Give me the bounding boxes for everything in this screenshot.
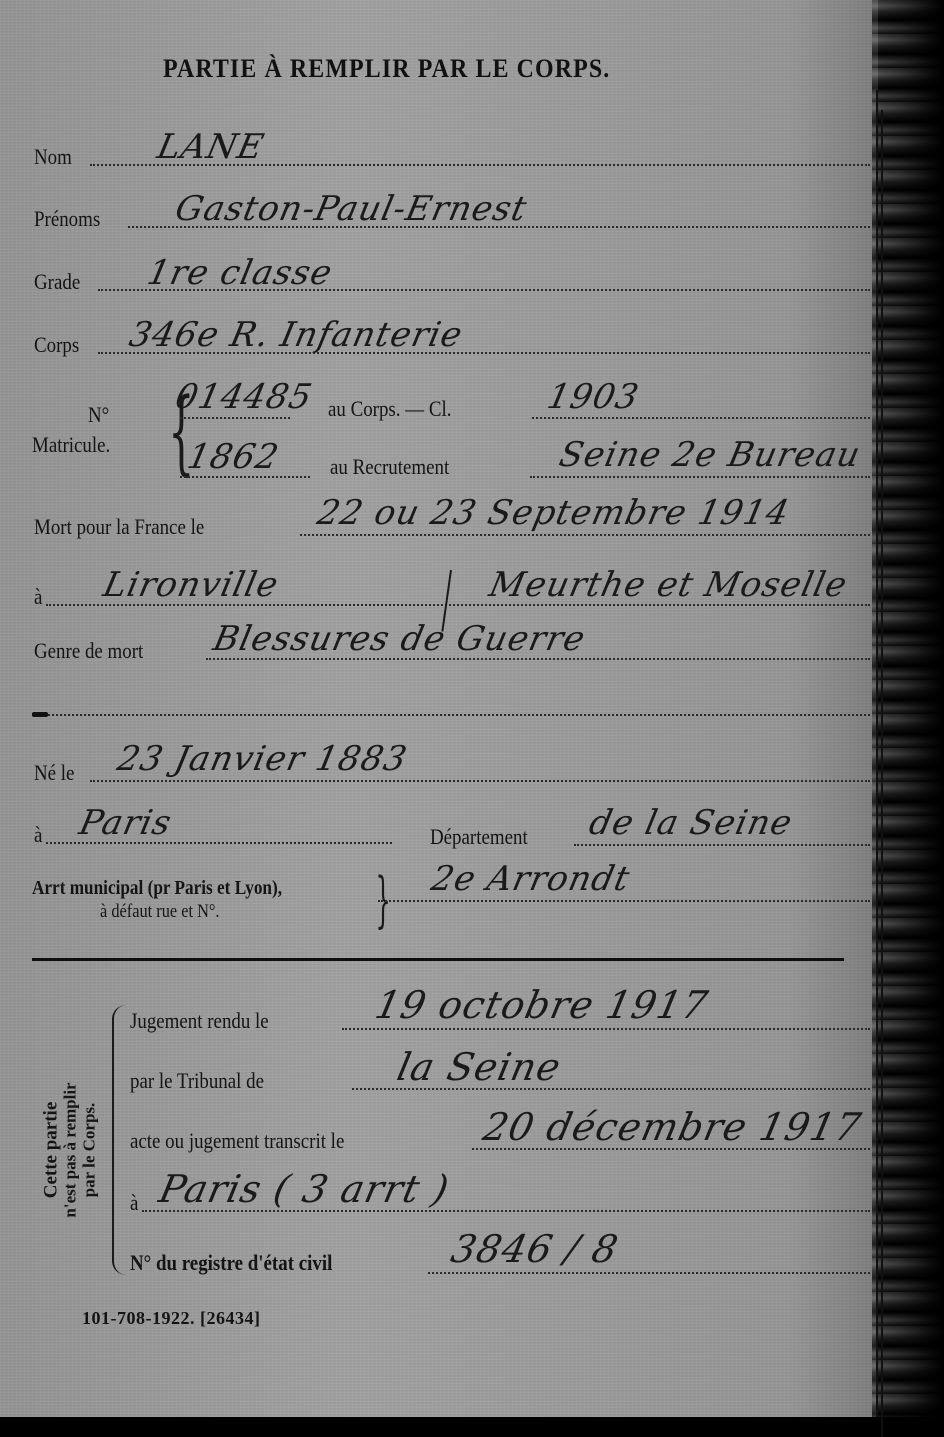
classe-value: 1903: [544, 380, 642, 414]
arrondissement-sublabel: à défaut rue et N°.: [100, 902, 219, 921]
matricule-corps-number: 014485: [172, 380, 315, 414]
mort-label: Mort pour la France le: [34, 516, 204, 538]
transcrit-value: 20 décembre 1917: [480, 1108, 865, 1146]
right-margin-rule: [876, 90, 878, 1417]
blank-line: [48, 714, 870, 716]
grade-value: 1re classe: [144, 256, 335, 290]
jugement-rendu-line: [342, 1028, 870, 1030]
recrutement-line: [530, 476, 870, 478]
blank-line-marker: [32, 712, 48, 717]
mort-line: [300, 534, 870, 536]
naissance-line: [90, 780, 870, 782]
recrutement-label: au Recrutement: [330, 456, 449, 478]
recrutement-value: Seine 2e Bureau: [556, 438, 863, 472]
section-divider: [32, 958, 844, 961]
naissance-value: 23 Janvier 1883: [114, 742, 410, 776]
lieu-deces-value: Lironville: [100, 568, 281, 602]
nom-label: Nom: [34, 146, 72, 168]
arrondissement-label: Arrt municipal (pr Paris et Lyon),: [32, 878, 282, 898]
prenoms-label: Prénoms: [34, 208, 100, 230]
tribunal-label: par le Tribunal de: [130, 1070, 264, 1092]
classe-line: [532, 417, 870, 419]
right-margin-rule-2: [881, 110, 883, 1417]
matricule-label-no: N°: [88, 404, 109, 426]
naissance-label: Né le: [34, 762, 74, 784]
corps-label: Corps: [34, 334, 79, 356]
matricule-corps-label: au Corps. — Cl.: [328, 398, 452, 420]
transcription-lieu-value: Paris ( 3 arrt ): [156, 1170, 453, 1208]
lieu-deces-label: à: [34, 586, 42, 608]
genre-de-mort-label: Genre de mort: [34, 640, 143, 662]
side-note-line2: n'est pas à remplir: [61, 1082, 80, 1217]
document-title: PARTIE À REMPLIR PAR LE CORPS.: [163, 54, 610, 84]
registre-line: [428, 1272, 870, 1274]
side-note-line1: Cette partie: [42, 1082, 61, 1217]
transcription-lieu-label: à: [130, 1192, 138, 1214]
side-note-line3: par le Corps.: [80, 1082, 99, 1217]
form-reference-code: 101-708-1922. [26434]: [82, 1308, 260, 1329]
jugement-rendu-label: Jugement rendu le: [130, 1010, 269, 1032]
transcrit-label: acte ou jugement transcrit le: [130, 1130, 344, 1152]
jugement-bracket: [112, 1005, 128, 1275]
prenoms-value: Gaston-Paul-Ernest: [172, 192, 530, 226]
side-note-text: Cette partie n'est pas à remplir par le …: [42, 1082, 99, 1217]
matricule-recrutement-number: 1862: [184, 440, 282, 474]
departement-label: Département: [430, 826, 528, 848]
jugement-rendu-value: 19 octobre 1917: [372, 986, 712, 1024]
grade-label: Grade: [34, 271, 80, 293]
lieu-naissance-value: Paris: [76, 806, 174, 840]
side-note: Cette partie n'est pas à remplir par le …: [30, 1040, 110, 1260]
registre-label: N° du registre d'état civil: [130, 1252, 332, 1274]
nom-value: LANE: [154, 130, 267, 164]
genre-de-mort-value: Blessures de Guerre: [210, 622, 588, 656]
death-record-card: PARTIE À REMPLIR PAR LE CORPS. Nom LANE …: [0, 0, 944, 1417]
matricule-corps-line: [180, 417, 290, 419]
corps-value: 346e R. Infanterie: [126, 318, 465, 352]
registre-value: 3846 / 8: [448, 1230, 622, 1268]
mort-value: 22 ou 23 Septembre 1914: [314, 496, 792, 530]
departement-value: de la Seine: [586, 806, 795, 840]
matricule-label: Matricule.: [32, 434, 110, 456]
lieu-naissance-label: à: [34, 824, 42, 846]
arrondissement-line: [378, 900, 870, 902]
lieu-deces-departement: Meurthe et Moselle: [486, 568, 850, 602]
tribunal-value: la Seine: [394, 1048, 565, 1086]
arrondissement-value: 2e Arrondt: [428, 862, 633, 896]
departement-line: [574, 844, 870, 846]
